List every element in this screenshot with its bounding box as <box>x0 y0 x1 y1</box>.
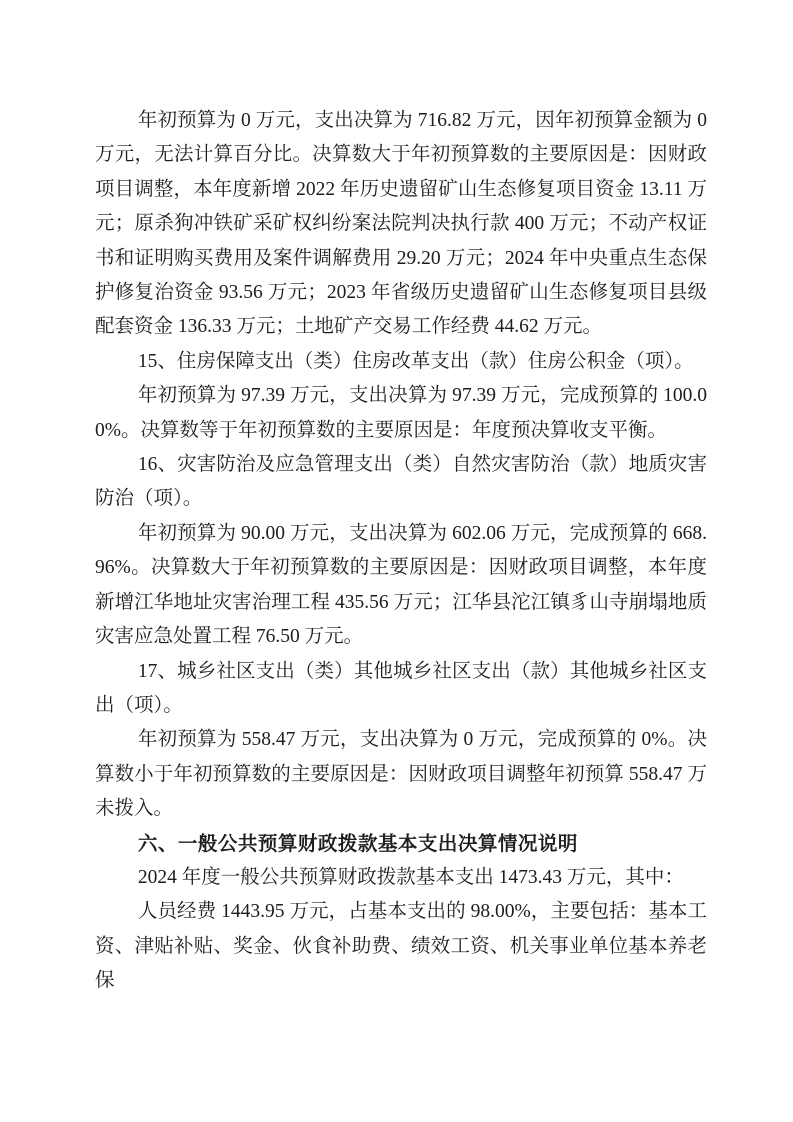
paragraph-item-16-detail: 年初预算为 90.00 万元，支出决算为 602.06 万元，完成预算的 668… <box>95 517 707 655</box>
section-heading-six-basic-expenditure: 六、一般公共预算财政拨款基本支出决算情况说明 <box>95 827 707 861</box>
paragraph-item-16-title: 16、灾害防治及应急管理支出（类）自然灾害防治（款）地质灾害防治（项）。 <box>95 448 707 517</box>
paragraph-item-14-budget-detail: 年初预算为 0 万元，支出决算为 716.82 万元，因年初预算金额为 0 万元… <box>95 104 707 345</box>
paragraph-basic-expenditure-total: 2024 年度一般公共预算财政拨款基本支出 1473.43 万元，其中： <box>95 861 707 895</box>
paragraph-item-17-title: 17、城乡社区支出（类）其他城乡社区支出（款）其他城乡社区支出（项）。 <box>95 655 707 724</box>
paragraph-item-15-detail: 年初预算为 97.39 万元，支出决算为 97.39 万元，完成预算的 100.… <box>95 379 707 448</box>
paragraph-item-15-title: 15、住房保障支出（类）住房改革支出（款）住房公积金（项）。 <box>95 345 707 379</box>
paragraph-personnel-expense: 人员经费 1443.95 万元，占基本支出的 98.00%，主要包括：基本工资、… <box>95 895 707 998</box>
paragraph-item-17-detail: 年初预算为 558.47 万元，支出决算为 0 万元，完成预算的 0%。决算数小… <box>95 723 707 826</box>
document-page: 年初预算为 0 万元，支出决算为 716.82 万元，因年初预算金额为 0 万元… <box>0 0 793 1122</box>
